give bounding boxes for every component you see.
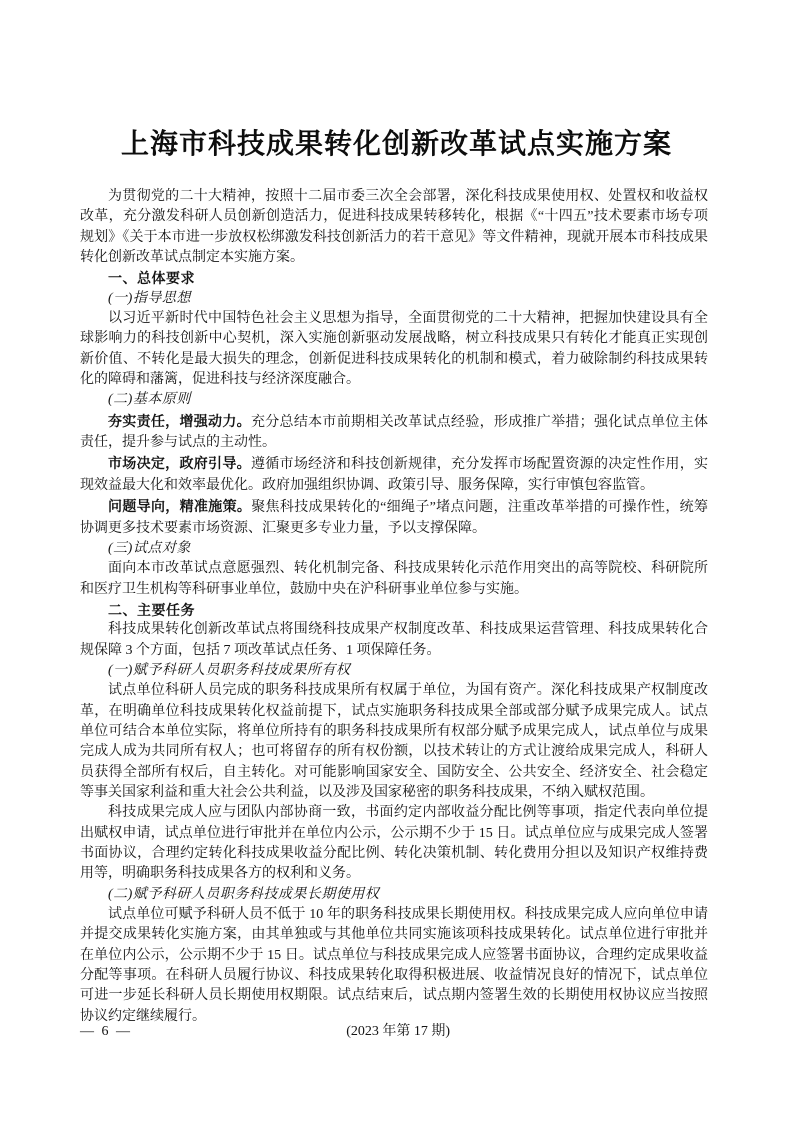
document-body: 为贯彻党的二十大精神，按照十二届市委三次全会部署，深化科技成果使用权、处置权和收… (0, 187, 793, 1027)
paragraph-lead: 夯实责任，增强动力。 (108, 413, 251, 429)
paragraph: 问题导向，精准施策。聚焦科技成果转化的“细绳子”堵点问题，注重改革举措的可操作性… (80, 496, 708, 539)
paragraph-lead: 市场决定，政府引导。 (108, 455, 251, 471)
sub-heading: (三)试点对象 (80, 539, 708, 559)
section-heading: 二、主要任务 (80, 600, 708, 620)
page-number: — 6 — (80, 1021, 132, 1042)
page-footer: — 6 — (2023 年第 17 期) (80, 1021, 708, 1042)
paragraph: 以习近平新时代中国特色社会主义思想为指导，全面贯彻党的二十大精神，把握加快建设具… (80, 309, 708, 390)
sub-heading: (一)赋予科研人员职务科技成果所有权 (80, 661, 708, 681)
document-page: 上海市科技成果转化创新改革试点实施方案 为贯彻党的二十大精神，按照十二届市委三次… (0, 0, 793, 1122)
issue-label: (2023 年第 17 期) (346, 1021, 450, 1042)
paragraph-lead: 问题导向，精准施策。 (108, 498, 251, 514)
paragraph: 夯实责任，增强动力。充分总结本市前期相关改革试点经验，形成推广举措；强化试点单位… (80, 411, 708, 454)
document-title: 上海市科技成果转化创新改革试点实施方案 (0, 0, 793, 162)
paragraph: 为贯彻党的二十大精神，按照十二届市委三次全会部署，深化科技成果使用权、处置权和收… (80, 187, 708, 268)
section-heading: 一、总体要求 (80, 268, 708, 288)
sub-heading: (二)赋予科研人员职务科技成果长期使用权 (80, 885, 708, 905)
paragraph: 面向本市改革试点意愿强烈、转化机制完备、科技成果转化示范作用突出的高等院校、科研… (80, 559, 708, 600)
sub-heading: (二)基本原则 (80, 390, 708, 410)
sub-heading: (一)指导思想 (80, 289, 708, 309)
paragraph: 科技成果完成人应与团队内部协商一致，书面约定内部收益分配比例等事项，指定代表向单… (80, 803, 708, 884)
paragraph: 试点单位可赋予科研人员不低于 10 年的职务科技成果长期使用权。科技成果完成人应… (80, 905, 708, 1027)
paragraph: 科技成果转化创新改革试点将围绕科技成果产权制度改革、科技成果运营管理、科技成果转… (80, 620, 708, 661)
paragraph: 试点单位科研人员完成的职务科技成果所有权属于单位，为国有资产。深化科技成果产权制… (80, 681, 708, 803)
paragraph: 市场决定，政府引导。遵循市场经济和科技创新规律，充分发挥市场配置资源的决定性作用… (80, 453, 708, 496)
